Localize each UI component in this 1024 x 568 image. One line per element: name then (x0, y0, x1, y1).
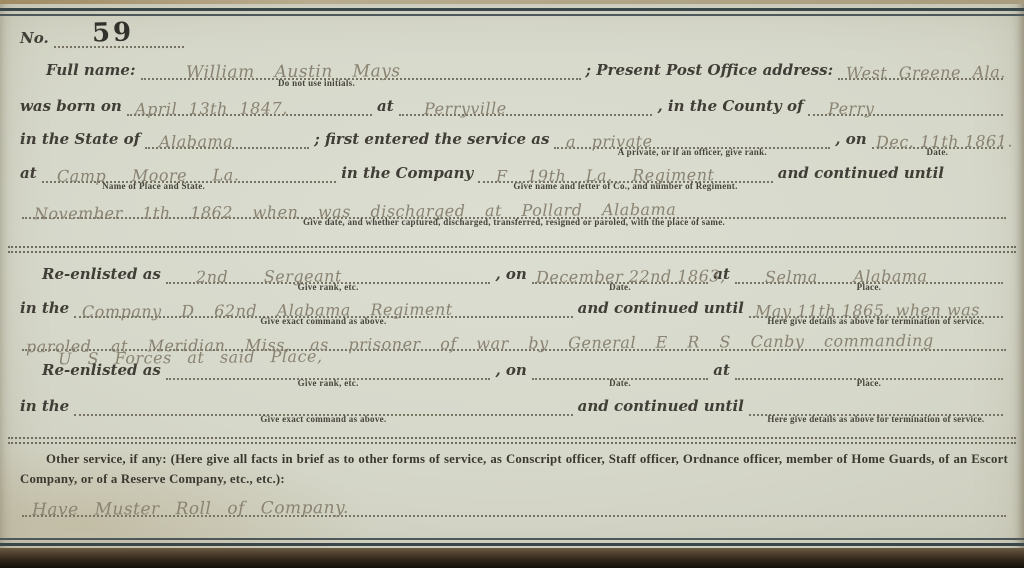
first-on-label: , on (835, 129, 866, 149)
entered-service-label: ; first entered the service as (314, 129, 549, 149)
first-rank-field: a private A private, or if an officer, g… (554, 127, 830, 149)
reenlist1-continued-label: and continued until (578, 298, 744, 318)
enlistment-place-row: at Camp Moore La. Name of Place and Stat… (20, 163, 1008, 183)
reenlist1-place-field: Selma Alabama Place. (735, 262, 1003, 284)
other-service-entry-row: Have Muster Roll of Company. (20, 497, 1008, 517)
reenlist2-at-label: at (713, 360, 730, 380)
reenlist1-date-caption: Date. (609, 282, 631, 293)
birth-date-field: April 13th 1847, (127, 94, 372, 116)
full-name-label: Full name: (46, 60, 136, 80)
state-service-row: in the State of Alabama ; first entered … (20, 129, 1008, 149)
post-office-label: ; Present Post Office address: (586, 60, 834, 80)
reenlist2-rank-field: Give rank, etc. (166, 358, 491, 380)
other-service-prompt: Other service, if any: (Here give all fa… (20, 450, 1008, 490)
reenlist1-on-label: , on (495, 264, 526, 284)
reenlist1-termination-caption: Here give details as above for terminati… (767, 316, 984, 327)
section-divider (8, 442, 1016, 444)
first-continued-label: and continued until (778, 163, 944, 183)
first-date-field: Dec. 11th 1861. Date. (872, 127, 1003, 149)
full-name-caption: Do not use initials. (278, 78, 355, 89)
photo-bottom-edge (0, 548, 1024, 568)
top-rule-heavy (0, 8, 1024, 11)
reenlist2-label: Re-enlisted as (42, 360, 161, 380)
birth-at-label: at (377, 96, 394, 116)
born-on-label: was born on (20, 96, 122, 116)
reenlist2-rank-caption: Give rank, etc. (298, 378, 359, 389)
section-divider (8, 437, 1016, 439)
reenlist1-command-row: in the Company D 62nd Alabama Regiment G… (20, 298, 1008, 318)
reenlist1-command-field: Company D 62nd Alabama Regiment Give exa… (74, 296, 572, 318)
section-divider (8, 251, 1016, 253)
section-divider (8, 246, 1016, 248)
state-label: in the State of (20, 129, 140, 149)
bottom-rule-heavy (0, 543, 1024, 546)
reenlist1-rank-caption: Give rank, etc. (298, 282, 359, 293)
post-office-field: West Greene Ala. (838, 58, 1003, 80)
birth-place-value: Perryville (424, 99, 507, 119)
first-termination-caption: Give date, and whether captured, dischar… (303, 217, 725, 228)
no-field: 59 (54, 26, 184, 48)
reenlist2-termination-caption: Here give details as above for terminati… (767, 414, 984, 425)
county-label: , in the County of (657, 96, 803, 116)
reenlist1-row: Re-enlisted as 2nd Sergeant Give rank, e… (20, 264, 1008, 284)
reenlist2-termination-field: Here give details as above for terminati… (749, 394, 1003, 416)
other-service-field: Have Muster Roll of Company. (22, 495, 1006, 517)
birth-row: was born on April 13th 1847, at Perryvil… (20, 96, 1008, 116)
reenlist2-on-label: , on (495, 360, 526, 380)
full-name-field: William Austin Mays Do not use initials. (141, 58, 581, 80)
reenlist2-row: Re-enlisted as Give rank, etc. , on Date… (20, 360, 1008, 380)
reenlist2-command-field: Give exact command as above. (74, 394, 572, 416)
reenlist1-place-caption: Place. (857, 282, 882, 293)
company-label: in the Company (341, 163, 473, 183)
reenlist2-command-row: in the Give exact command as above. and … (20, 396, 1008, 416)
first-rank-caption: A private, or if an officer, give rank. (618, 147, 767, 158)
reenlist1-label: Re-enlisted as (42, 264, 161, 284)
reenlist2-date-field: Date. (532, 358, 708, 380)
reenlist2-place-caption: Place. (857, 378, 882, 389)
first-date-caption: Date. (926, 147, 948, 158)
reenlist1-date-field: December 22nd 1863, Date. (532, 262, 708, 284)
reenlist2-inthe-label: in the (20, 396, 69, 416)
other-service-prompt-text: Other service, if any: (Here give all fa… (20, 452, 1008, 486)
photo-top-edge (0, 0, 1024, 4)
reenlist1-termination-field: May 11th 1865, when was Here give detail… (749, 296, 1003, 318)
post-office-value: West Greene Ala. (846, 62, 1006, 82)
reenlist1-rank-field: 2nd Sergeant Give rank, etc. (166, 262, 491, 284)
birth-date-value: April 13th 1847, (135, 98, 288, 118)
reenlist2-place-field: Place. (735, 358, 1003, 380)
first-place-field: Camp Moore La. Name of Place and State. (42, 161, 337, 183)
reenlist2-date-caption: Date. (609, 378, 631, 389)
reenlist2-command-caption: Give exact command as above. (260, 414, 386, 425)
camp-at-label: at (20, 163, 37, 183)
reenlist2-continued-label: and continued until (578, 396, 744, 416)
county-value: Perry (828, 99, 874, 118)
reenlist1-command-caption: Give exact command as above. (260, 316, 386, 327)
reenlist1-place-value: Selma Alabama (765, 266, 928, 286)
first-place-caption: Name of Place and State. (102, 181, 205, 192)
state-value: Alabama (159, 132, 233, 152)
full-name-row: Full name: William Austin Mays Do not us… (20, 60, 1008, 80)
record-number-row: No. 59 (20, 28, 1008, 48)
top-rule-light (0, 14, 1024, 16)
birth-place-field: Perryville (399, 94, 653, 116)
other-service-value: Have Muster Roll of Company. (32, 498, 349, 520)
scanned-service-record-form: No. 59 Full name: William Austin Mays Do… (0, 0, 1024, 568)
county-field: Perry (808, 94, 1003, 116)
state-field: Alabama (145, 127, 309, 149)
record-number-value: 59 (91, 17, 134, 48)
no-label: No. (20, 28, 49, 48)
first-command-field: F 19th La. Regiment Give name and letter… (478, 161, 773, 183)
bottom-rule-light (0, 538, 1024, 540)
first-command-caption: Give name and letter of Co., and number … (513, 181, 737, 192)
first-termination-row: November 1th 1862 when was discharged at… (20, 199, 1008, 219)
reenlist1-inthe-label: in the (20, 298, 69, 318)
first-termination-field: November 1th 1862 when was discharged at… (22, 197, 1006, 219)
